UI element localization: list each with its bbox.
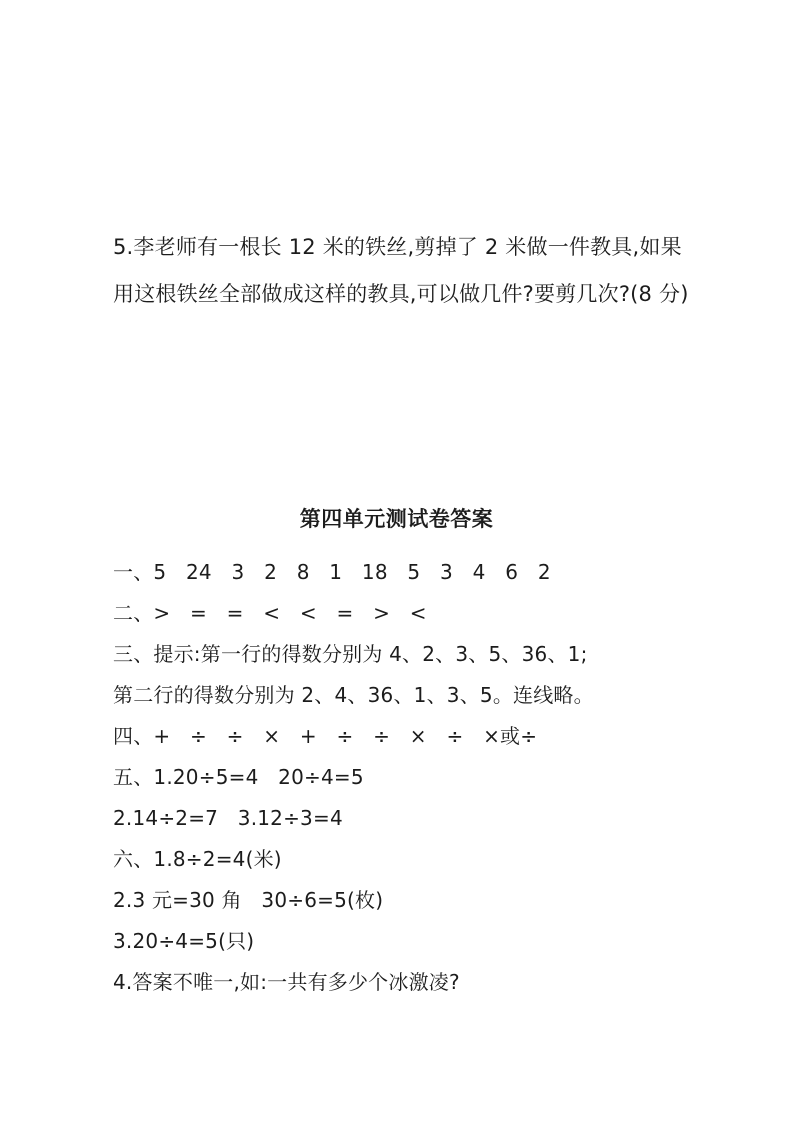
answer-key-section: 一、5 24 3 2 8 1 18 5 3 4 6 2 二、> = = < < … [113,552,713,1003]
answer-line-section-6-item-4: 4.答案不唯一,如:一共有多少个冰激凌? [113,962,713,1003]
answer-line-section-3: 三、提示:第一行的得数分别为 4、2、3、5、36、1; [113,634,713,675]
answer-line-section-5-item-1: 五、1.20÷5=4 20÷4=5 [113,757,713,798]
question-5-text: 5.李老师有一根长 12 米的铁丝,剪掉了 2 米做一件教具,如果用这根铁丝全部… [113,224,695,318]
answer-line-section-4: 四、+ ÷ ÷ × + ÷ ÷ × ÷ ×或÷ [113,716,713,757]
answer-line-section-5-items-2-3: 2.14÷2=7 3.12÷3=4 [113,798,713,839]
answer-line-section-2: 二、> = = < < = > < [113,593,713,634]
answer-line-section-1: 一、5 24 3 2 8 1 18 5 3 4 6 2 [113,552,713,593]
answer-line-section-3-cont: 第二行的得数分别为 2、4、36、1、3、5。连线略。 [113,675,713,716]
answer-key-title: 第四单元测试卷答案 [0,503,793,533]
document-page: 5.李老师有一根长 12 米的铁丝,剪掉了 2 米做一件教具,如果用这根铁丝全部… [0,0,793,1122]
answer-line-section-6-item-2: 2.3 元=30 角 30÷6=5(枚) [113,880,713,921]
answer-line-section-6-item-1: 六、1.8÷2=4(米) [113,839,713,880]
answer-line-section-6-item-3: 3.20÷4=5(只) [113,921,713,962]
